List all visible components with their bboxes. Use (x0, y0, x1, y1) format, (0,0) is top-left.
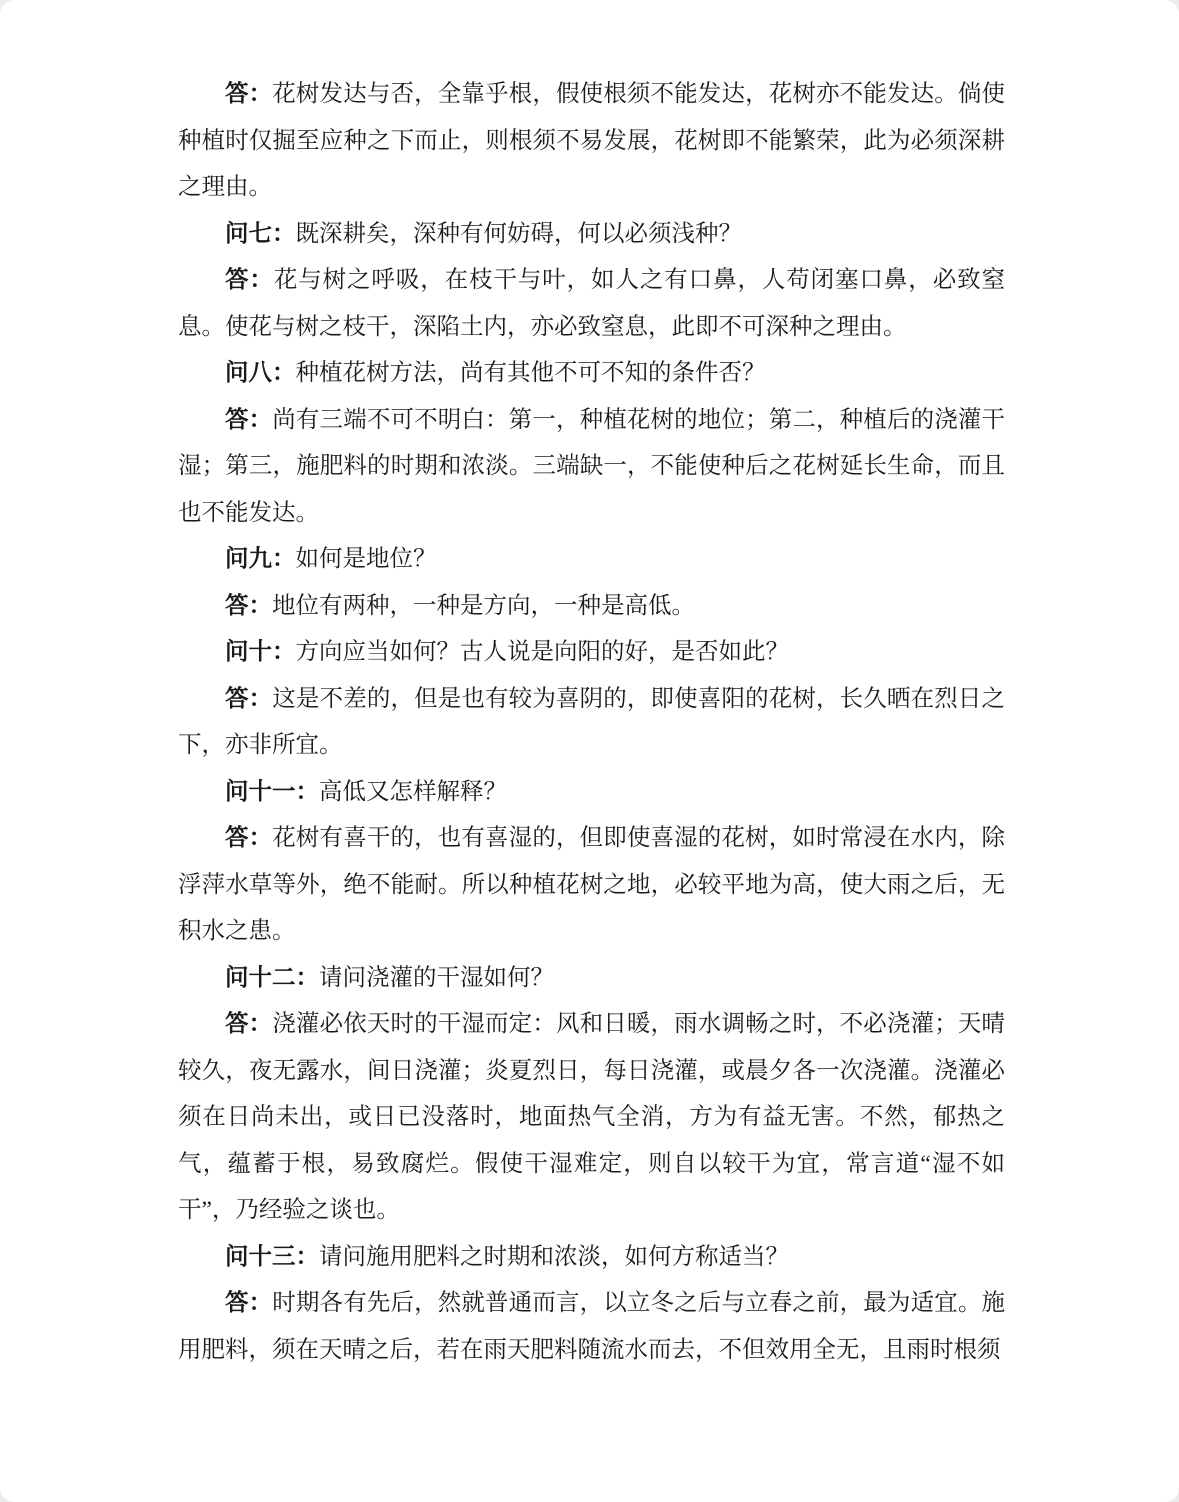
paragraph-text: 地位有两种，一种是方向，一种是高低。 (272, 593, 695, 619)
paragraph-text: 尚有三端不可不明白：第一，种植花树的地位；第二，种植后的浇灌干湿；第三，施肥料的… (178, 407, 1005, 526)
paragraph-text: 请问施用肥料之时期和浓淡，如何方称适当？ (319, 1244, 789, 1270)
qa-paragraph-question-8: 问八：种植花树方法，尚有其他不可不知的条件否？ (178, 350, 1005, 397)
document-page: 答：花树发达与否，全靠乎根，假使根须不能发达，花树亦不能发达。倘使种植时仅掘至应… (0, 0, 1179, 1502)
qa-paragraph-answer-6: 答：花树发达与否，全靠乎根，假使根须不能发达，花树亦不能发达。倘使种植时仅掘至应… (178, 71, 1005, 211)
speaker-label: 问九： (225, 546, 296, 572)
qa-paragraph-question-10: 问十：方向应当如何？古人说是向阳的好，是否如此？ (178, 629, 1005, 676)
speaker-label: 答： (225, 686, 272, 712)
paragraph-text: 花树有喜干的，也有喜湿的，但即使喜湿的花树，如时常浸在水内，除浮萍水草等外，绝不… (178, 825, 1005, 944)
paragraph-text: 花与树之呼吸，在枝干与叶，如人之有口鼻，人苟闭塞口鼻，必致窒息。使花与树之枝干，… (178, 267, 1005, 340)
paragraph-text: 浇灌必依天时的干湿而定：风和日暖，雨水调畅之时，不必浇灌；天晴较久，夜无露水，间… (178, 1011, 1005, 1223)
paragraph-text: 这是不差的，但是也有较为喜阴的，即使喜阳的花树，长久晒在烈日之下，亦非所宜。 (178, 686, 1005, 759)
speaker-label: 问十： (225, 639, 296, 665)
qa-paragraph-question-12: 问十二：请问浇灌的干湿如何？ (178, 955, 1005, 1002)
speaker-label: 答： (225, 593, 272, 619)
qa-paragraph-answer-7: 答：花与树之呼吸，在枝干与叶，如人之有口鼻，人苟闭塞口鼻，必致窒息。使花与树之枝… (178, 257, 1005, 350)
qa-paragraph-question-13: 问十三：请问施用肥料之时期和浓淡，如何方称适当？ (178, 1234, 1005, 1281)
qa-paragraph-answer-10: 答：这是不差的，但是也有较为喜阴的，即使喜阳的花树，长久晒在烈日之下，亦非所宜。 (178, 676, 1005, 769)
qa-paragraph-answer-12: 答：浇灌必依天时的干湿而定：风和日暖，雨水调畅之时，不必浇灌；天晴较久，夜无露水… (178, 1001, 1005, 1234)
qa-paragraph-question-7: 问七：既深耕矣，深种有何妨碍，何以必须浅种？ (178, 211, 1005, 258)
speaker-label: 问十一： (225, 779, 319, 805)
speaker-label: 答： (225, 267, 274, 293)
speaker-label: 问七： (225, 221, 296, 247)
speaker-label: 答： (225, 1290, 272, 1316)
paragraph-text: 如何是地位？ (296, 546, 437, 572)
qa-paragraph-answer-13: 答：时期各有先后，然就普通而言，以立冬之后与立春之前，最为适宜。施用肥料，须在天… (178, 1280, 1005, 1373)
paragraph-text: 请问浇灌的干湿如何？ (319, 965, 554, 991)
speaker-label: 答： (225, 825, 272, 851)
qa-paragraph-question-9: 问九：如何是地位？ (178, 536, 1005, 583)
qa-paragraph-answer-11: 答：花树有喜干的，也有喜湿的，但即使喜湿的花树，如时常浸在水内，除浮萍水草等外，… (178, 815, 1005, 955)
paragraph-text: 高低又怎样解释？ (319, 779, 507, 805)
speaker-label: 问八： (225, 360, 296, 386)
speaker-label: 答： (225, 81, 272, 107)
paragraph-text: 方向应当如何？古人说是向阳的好，是否如此？ (296, 639, 790, 665)
speaker-label: 答： (225, 407, 272, 433)
qa-paragraph-answer-8: 答：尚有三端不可不明白：第一，种植花树的地位；第二，种植后的浇灌干湿；第三，施肥… (178, 397, 1005, 537)
speaker-label: 问十二： (225, 965, 319, 991)
speaker-label: 问十三： (225, 1244, 319, 1270)
paragraph-text: 花树发达与否，全靠乎根，假使根须不能发达，花树亦不能发达。倘使种植时仅掘至应种之… (178, 81, 1005, 200)
paragraph-text: 种植花树方法，尚有其他不可不知的条件否？ (296, 360, 766, 386)
qa-paragraph-answer-9: 答：地位有两种，一种是方向，一种是高低。 (178, 583, 1005, 630)
paragraph-text: 时期各有先后，然就普通而言，以立冬之后与立春之前，最为适宜。施用肥料，须在天晴之… (178, 1290, 1005, 1363)
paragraph-text: 既深耕矣，深种有何妨碍，何以必须浅种？ (296, 221, 743, 247)
qa-paragraph-question-11: 问十一：高低又怎样解释？ (178, 769, 1005, 816)
speaker-label: 答： (225, 1011, 272, 1037)
